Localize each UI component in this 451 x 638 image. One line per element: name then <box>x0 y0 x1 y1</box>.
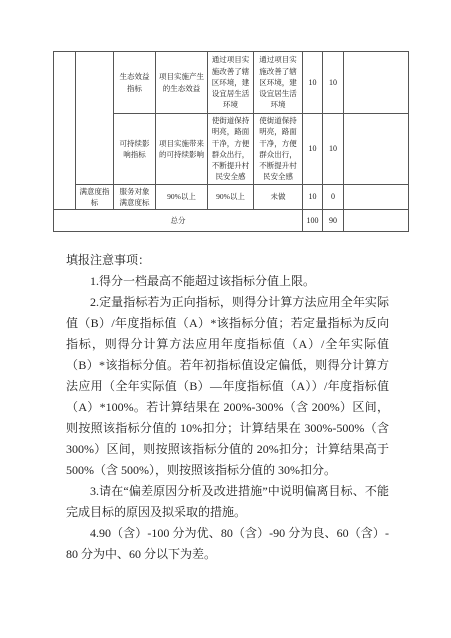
indicator-description-cell: 项目实施产生的生态效益 <box>156 52 208 114</box>
full-score-cell: 10 <box>303 114 323 185</box>
row-satisfaction: 满意度指标 服务对象满意度标 90%以上 90%以上 未做 10 0 <box>54 184 409 210</box>
deviation-remark-cell <box>344 114 409 185</box>
annual-actual-cell: 未做 <box>254 184 303 210</box>
total-remark-cell <box>344 210 409 232</box>
total-full-score-cell: 100 <box>303 210 323 232</box>
annual-target-cell: 通过项目实施改善了辖区环境，建设宜居生活环境 <box>208 52 254 114</box>
notes-heading: 填报注意事项： <box>66 250 389 271</box>
satisfaction-category-cell: 满意度指标 <box>76 184 114 210</box>
filling-notes: 填报注意事项： 1.得分一档最高不能超过该指标分值上限。 2.定量指标若为正向指… <box>66 250 389 565</box>
annual-target-cell: 90%以上 <box>208 184 254 210</box>
performance-score-table: 生态效益指标 项目实施产生的生态效益 通过项目实施改善了辖区环境，建设宜居生活环… <box>53 51 409 232</box>
full-score-cell: 10 <box>303 184 323 210</box>
indicator-name-cell: 生态效益指标 <box>114 52 156 114</box>
row-total: 总分 100 90 <box>54 210 409 232</box>
category-cell-empty <box>54 52 76 210</box>
score-cell: 10 <box>323 114 344 185</box>
full-score-cell: 10 <box>303 52 323 114</box>
note-item-3: 3.请在“偏差原因分析及改进措施”中说明偏离目标、不能完成目标的原因及拟采取的措… <box>66 481 389 523</box>
deviation-remark-cell <box>344 184 409 210</box>
subcategory-cell-empty <box>76 52 114 185</box>
annual-actual-cell: 使街道保持明亮，路面干净，方便群众出行，不断提升村民安全感 <box>254 114 303 185</box>
total-label-cell: 总分 <box>54 210 303 232</box>
annual-target-cell: 使街道保持明亮，路面干净，方便群众出行，不断提升村民安全感 <box>208 114 254 185</box>
score-cell: 10 <box>323 52 344 114</box>
document-page: 生态效益指标 项目实施产生的生态效益 通过项目实施改善了辖区环境，建设宜居生活环… <box>0 0 451 638</box>
score-cell: 0 <box>323 184 344 210</box>
annual-actual-cell: 通过项目实施改善了辖区环境，建设宜居生活环境 <box>254 52 303 114</box>
indicator-description-cell: 90%以上 <box>156 184 208 210</box>
row-eco-benefit: 生态效益指标 项目实施产生的生态效益 通过项目实施改善了辖区环境，建设宜居生活环… <box>54 52 409 114</box>
indicator-description-cell: 项目实施带来的可持续影响 <box>156 114 208 185</box>
note-item-4: 4.90（含）-100 分为优、80（含）-90 分为良、60（含）-80 分为… <box>66 523 389 565</box>
indicator-name-cell: 服务对象满意度标 <box>114 184 156 210</box>
note-item-2: 2.定量指标若为正向指标，则得分计算方法应用全年实际值（B）/年度指标值（A）*… <box>66 292 389 481</box>
indicator-name-cell: 可持续影响指标 <box>114 114 156 185</box>
note-item-1: 1.得分一档最高不能超过该指标分值上限。 <box>66 271 389 292</box>
deviation-remark-cell <box>344 52 409 114</box>
total-score-cell: 90 <box>323 210 344 232</box>
